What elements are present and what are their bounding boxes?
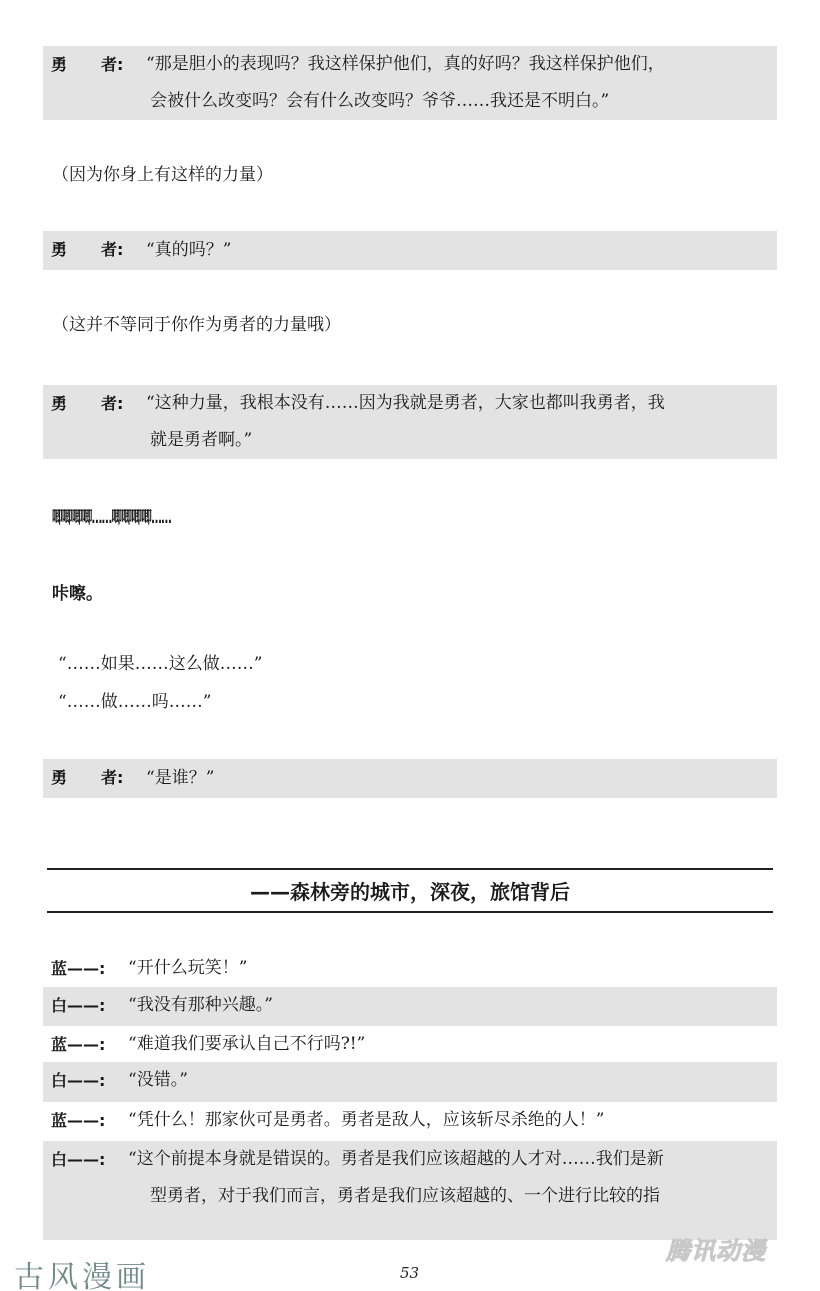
dialogue-row-blue: 蓝——: “开什么玩笑！” [43, 950, 777, 987]
speaker-char-2: 者: [101, 46, 123, 83]
dialogue-line: “那是胆小的表现吗？我这样保护他们，真的好吗？我这样保护他们， [146, 46, 665, 83]
speaker-label: 白——: [51, 987, 105, 1024]
dialogue-box-hero-1: 勇 者: “那是胆小的表现吗？我这样保护他们，真的好吗？我这样保护他们， 会被什… [43, 46, 777, 120]
dialogue-box-hero-2: 勇 者: “真的吗？” [43, 231, 777, 270]
speaker-char-2: 者: [101, 759, 123, 796]
dialogue-line: “没错。” [128, 1062, 188, 1099]
dialogue-line: 会被什么改变吗？会有什么改变吗？爷爷……我还是不明白。” [150, 83, 609, 120]
speaker-label: 白——: [51, 1062, 105, 1099]
dialogue-box-hero-3: 勇 者: “这种力量，我根本没有……因为我就是勇者，大家也都叫我勇者，我 就是勇… [43, 385, 777, 459]
dialogue-row-blue: 蓝——: “难道我们要承认自己不行吗?!” [43, 1026, 777, 1062]
speaker-char-1: 勇 [51, 231, 67, 268]
narration-text: （这并不等同于你作为勇者的力量哦） [52, 313, 341, 337]
dialogue-row-blue: 蓝——: “凭什么！那家伙可是勇者。勇者是敌人，应该斩尽杀绝的人！” [43, 1102, 777, 1141]
watermark-gufeng-logo: 古风漫画 [14, 1252, 150, 1291]
speaker-label: 蓝——: [51, 1102, 105, 1139]
page-number: 53 [400, 1264, 419, 1282]
sound-effect-chirp: 唧唧唧唧……唧唧唧唧…… [52, 503, 171, 528]
dialogue-row-white: 白——: “这个前提本身就是错误的。勇者是我们应该超越的人才对……我们是新 型勇… [43, 1141, 777, 1240]
dialogue-line: “我没有那种兴趣。” [128, 987, 273, 1024]
dialogue-row-white: 白——: “没错。” [43, 1062, 777, 1102]
speaker-char-1: 勇 [51, 385, 67, 422]
dialogue-line: “这个前提本身就是错误的。勇者是我们应该超越的人才对……我们是新 [128, 1141, 664, 1178]
dialogue-line: “难道我们要承认自己不行吗?!” [128, 1026, 365, 1063]
scene-heading: ——森林旁的城市，深夜，旅馆背后 [47, 876, 773, 905]
speaker-char-1: 勇 [51, 46, 67, 83]
speaker-char-1: 勇 [51, 759, 67, 796]
dialogue-line: “真的吗？” [146, 232, 231, 269]
watermark-tencent-logo: 腾讯动漫 [666, 1236, 798, 1266]
speaker-char-2: 者: [101, 385, 123, 422]
whisper-line: “……做……吗……” [58, 690, 211, 714]
dialogue-line: “开什么玩笑！” [128, 950, 247, 987]
divider-top [47, 868, 773, 870]
dialogue-row-white: 白——: “我没有那种兴趣。” [43, 987, 777, 1026]
divider-bottom [47, 911, 773, 913]
whisper-line: “……如果……这么做……” [58, 652, 262, 676]
sound-effect-click: 咔嚓。 [52, 579, 103, 604]
speaker-label: 蓝——: [51, 1026, 105, 1063]
dialogue-line: “凭什么！那家伙可是勇者。勇者是敌人，应该斩尽杀绝的人！” [128, 1102, 604, 1139]
narration-text: （因为你身上有这样的力量） [52, 163, 273, 187]
dialogue-line: “是谁？” [146, 760, 214, 797]
dialogue-line: 就是勇者啊。” [150, 422, 252, 459]
dialogue-line: “这种力量，我根本没有……因为我就是勇者，大家也都叫我勇者，我 [146, 385, 665, 422]
speaker-char-2: 者: [101, 231, 123, 268]
speaker-label: 蓝——: [51, 950, 105, 987]
dialogue-line: 型勇者，对于我们而言，勇者是我们应该超越的、一个进行比较的指 [150, 1178, 660, 1215]
dialogue-box-hero-4: 勇 者: “是谁？” [43, 759, 777, 798]
speaker-label: 白——: [51, 1141, 105, 1178]
